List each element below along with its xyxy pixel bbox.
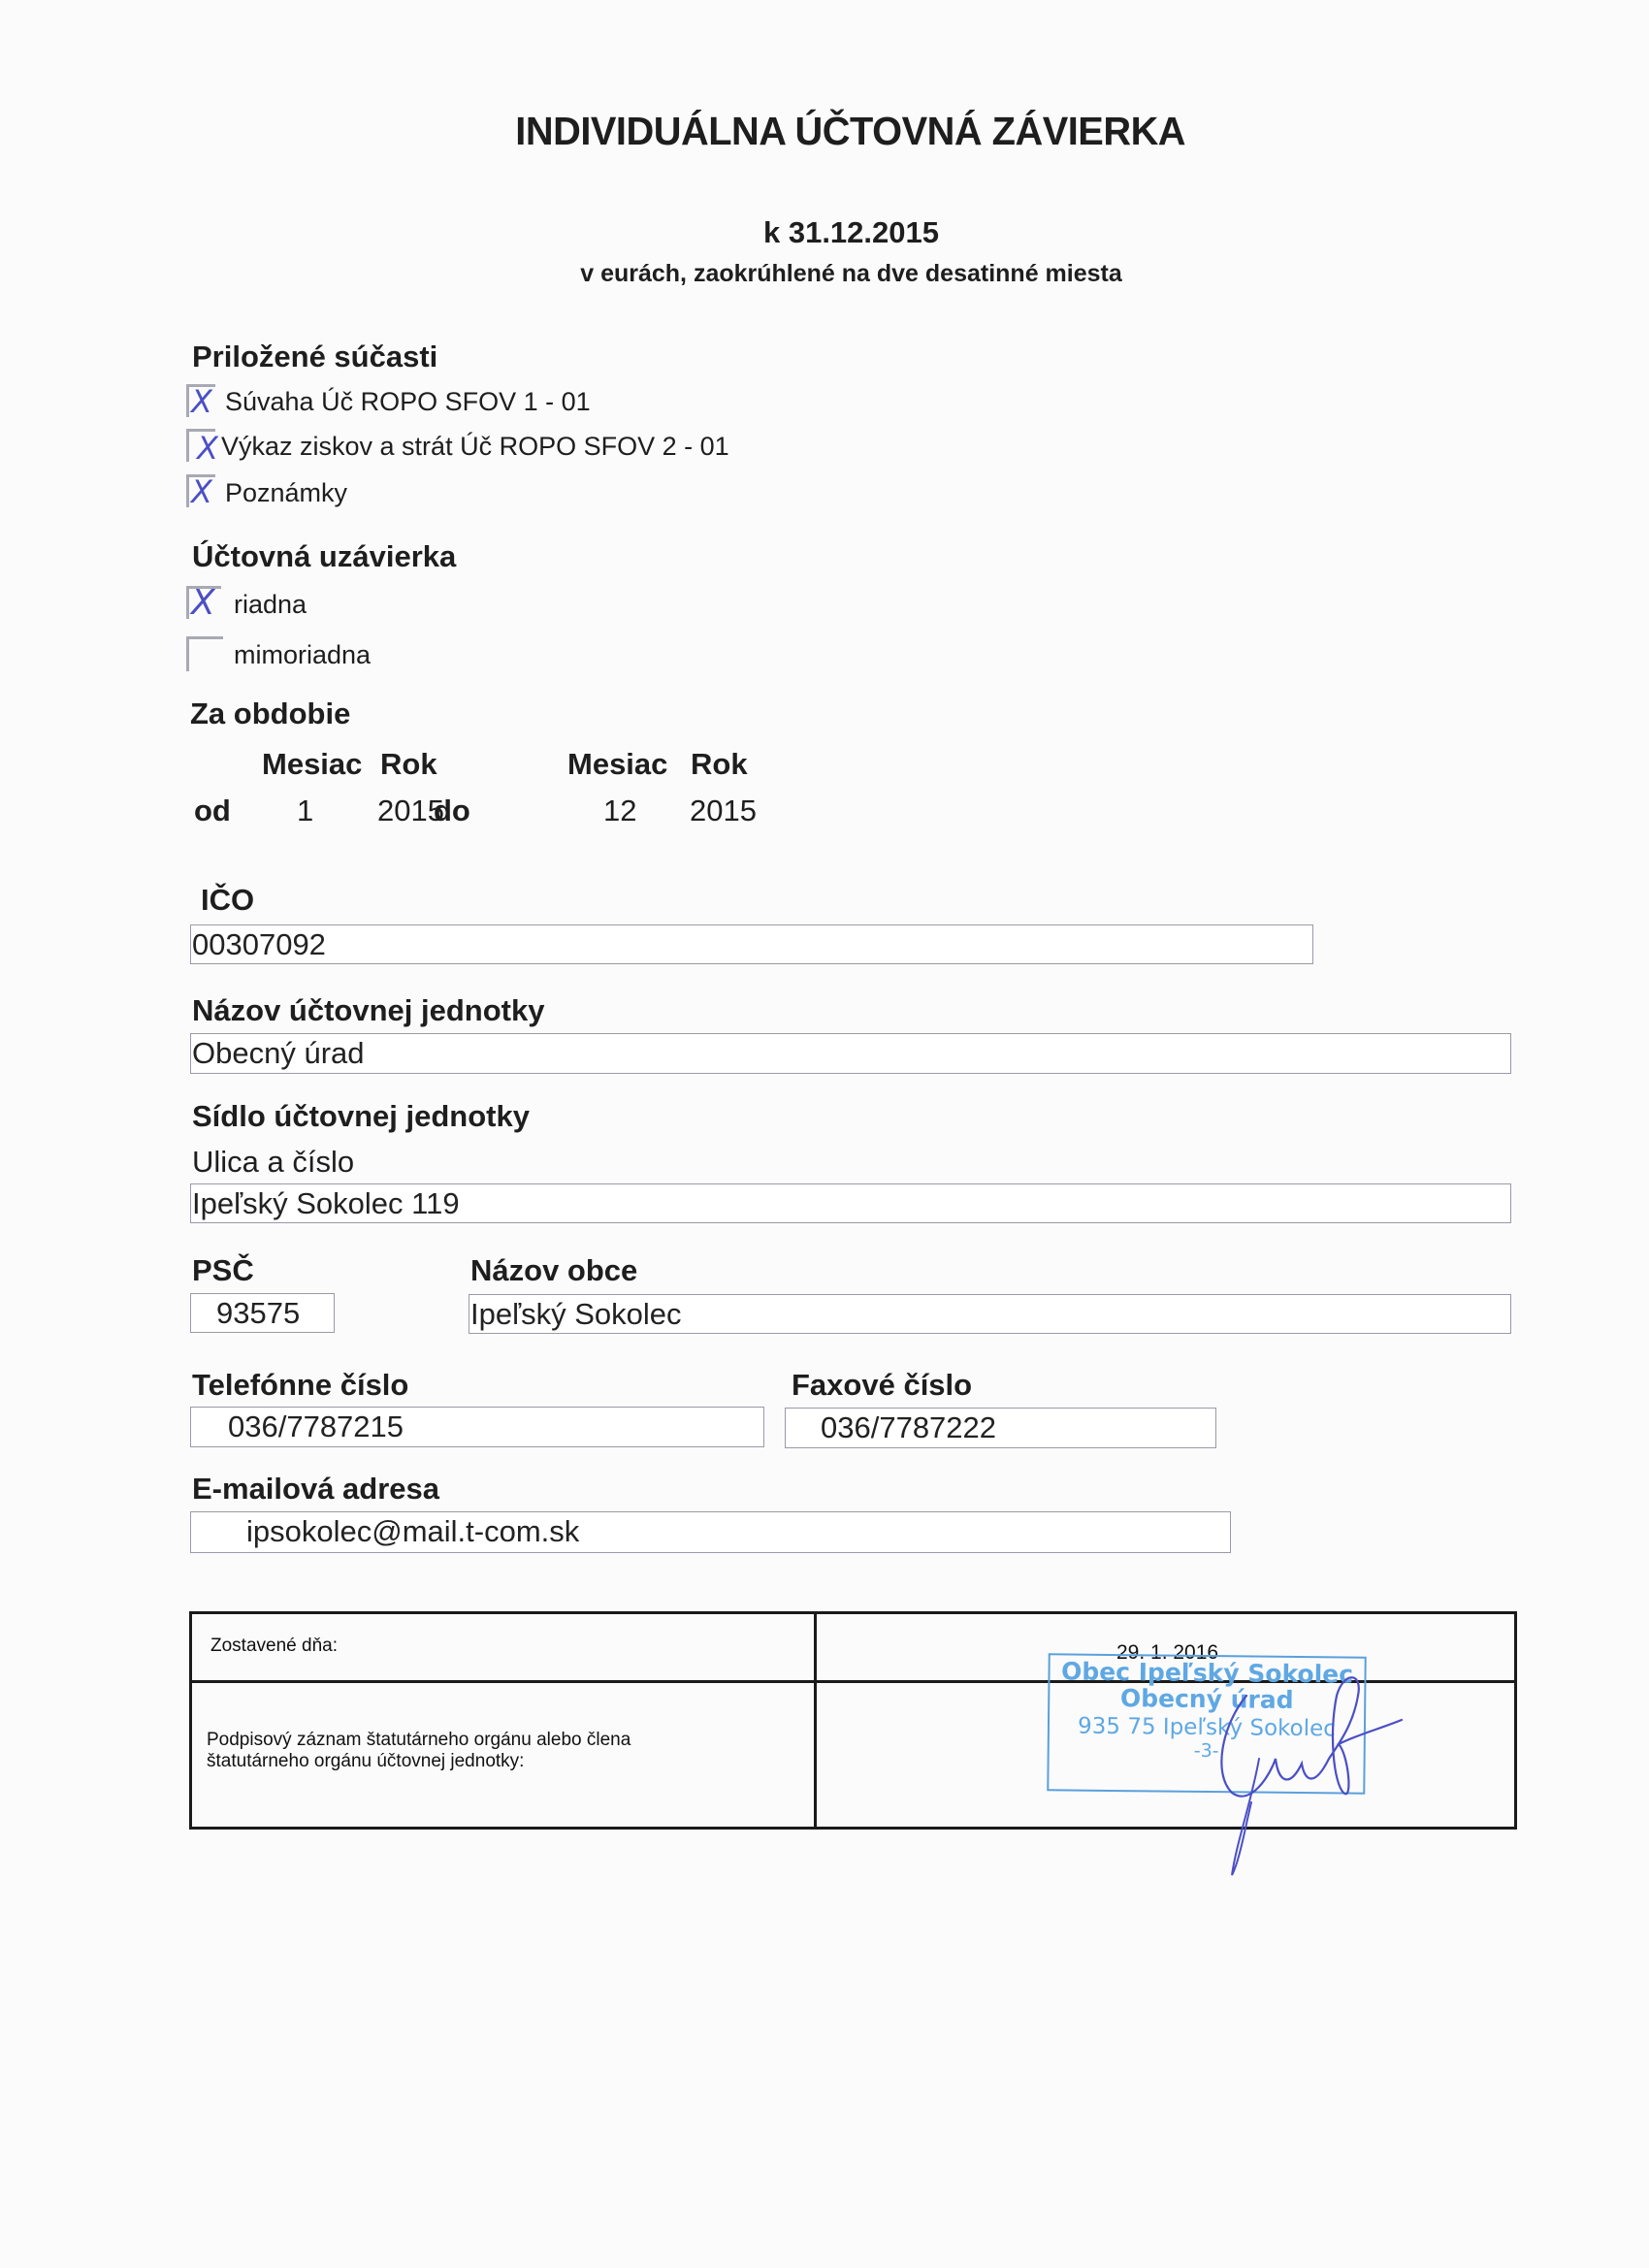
to-label: do [434, 794, 470, 828]
city-value: Ipeľský Sokolec [470, 1297, 682, 1332]
ico-field[interactable]: 00307092 [190, 924, 1313, 964]
email-label: E-mailová adresa [192, 1472, 439, 1507]
check-x-icon: X [191, 473, 212, 510]
to-month-value: 12 [603, 794, 636, 828]
street-label: Ulica a číslo [192, 1145, 354, 1180]
signature-label-line1: Podpisový záznam štatutárneho orgánu ale… [207, 1730, 630, 1751]
report-date: k 31.12.2015 [0, 215, 1649, 250]
period-heading: Za obdobie [190, 697, 350, 731]
from-year-label: Rok [380, 747, 437, 782]
entity-name-label: Názov účtovnej jednotky [192, 993, 544, 1028]
attached-parts-heading: Priložené súčasti [192, 340, 437, 374]
compiled-date-label: Zostavené dňa: [210, 1636, 338, 1657]
check-x-icon: X [191, 583, 215, 623]
from-label: od [194, 794, 231, 828]
fax-value: 036/7787222 [821, 1410, 996, 1445]
check-x-icon: X [197, 430, 218, 467]
street-value: Ipeľský Sokolec 119 [192, 1186, 460, 1221]
closing-option-label: riadna [234, 590, 307, 620]
phone-field[interactable]: 036/7787215 [190, 1407, 764, 1447]
email-value: ipsokolec@mail.t-com.sk [246, 1514, 579, 1549]
currency-note: v eurách, zaokrúhlené na dve desatinné m… [0, 260, 1649, 288]
to-month-label: Mesiac [567, 747, 667, 782]
signature-label: Podpisový záznam štatutárneho orgánu ale… [207, 1730, 630, 1772]
fax-label: Faxové číslo [792, 1368, 972, 1403]
city-label: Názov obce [470, 1253, 637, 1288]
handwritten-signature-icon [1193, 1667, 1416, 1880]
checkbox-notes[interactable]: X [186, 474, 215, 507]
street-field[interactable]: Ipeľský Sokolec 119 [190, 1183, 1511, 1223]
from-month-label: Mesiac [262, 747, 362, 782]
checkbox-extraordinary[interactable] [186, 636, 223, 671]
to-year-label: Rok [691, 747, 748, 782]
phone-label: Telefónne číslo [192, 1368, 408, 1403]
closing-type-heading: Účtovná uzávierka [192, 539, 456, 574]
attached-item-label: Výkaz ziskov a strát Úč ROPO SFOV 2 - 01 [221, 432, 729, 462]
check-x-icon: X [191, 383, 212, 420]
signature-label-line2: štatutárneho orgánu účtovnej jednotky: [207, 1751, 630, 1772]
ico-label: IČO [201, 883, 254, 918]
attached-item-label: Poznámky [225, 478, 347, 508]
from-month-value: 1 [297, 794, 313, 828]
checkbox-regular[interactable]: X [186, 586, 221, 619]
psc-value: 93575 [216, 1296, 300, 1331]
closing-option-label: mimoriadna [234, 640, 371, 670]
psc-label: PSČ [192, 1253, 254, 1288]
entity-name-field[interactable]: Obecný úrad [190, 1033, 1511, 1074]
table-column-divider [814, 1614, 817, 1827]
psc-field[interactable]: 93575 [190, 1293, 335, 1333]
attached-item-label: Súvaha Úč ROPO SFOV 1 - 01 [225, 387, 591, 417]
fax-field[interactable]: 036/7787222 [785, 1408, 1216, 1448]
to-year-value: 2015 [690, 794, 757, 828]
email-field[interactable]: ipsokolec@mail.t-com.sk [190, 1511, 1231, 1553]
checkbox-income-statement[interactable]: X [186, 429, 215, 462]
checkbox-balance[interactable]: X [186, 384, 215, 417]
ico-value: 00307092 [192, 927, 326, 962]
document-title: INDIVIDUÁLNA ÚČTOVNÁ ZÁVIERKA [25, 109, 1625, 154]
address-heading: Sídlo účtovnej jednotky [192, 1099, 530, 1134]
phone-value: 036/7787215 [228, 1409, 404, 1444]
entity-name-value: Obecný úrad [192, 1036, 365, 1071]
city-field[interactable]: Ipeľský Sokolec [469, 1294, 1511, 1334]
